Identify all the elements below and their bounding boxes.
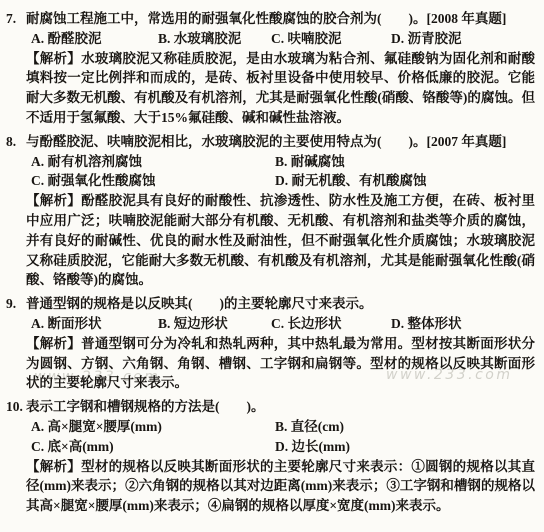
analysis-paragraph: 【解析】水玻璃胶泥又称硅质胶泥，是由水玻璃为粘合剂、氟硅酸钠为固化剂和耐酸填料按… [26, 49, 535, 128]
analysis-paragraph: 【解析】酚醛胶泥具有良好的耐酸性、抗渗透性、防水性及施工方便，在砖、板衬里中应用… [26, 191, 535, 290]
option-d: D. 耐无机酸、有机酸腐蚀 [275, 171, 535, 191]
options-row: A. 酚醛胶泥 B. 水玻璃胶泥 C. 呋喃胶泥 D. 沥青胶泥 [26, 29, 535, 49]
analysis-label: 【解析】 [26, 193, 81, 208]
analysis-text: 普通型钢可分为冷轧和热轧两种，其中热轧最为常用。型材按其断面形状分为圆钢、方钢、… [26, 336, 535, 391]
question-10: 10. 表示工字钢和槽钢规格的方法是( )。 A. 高×腿宽×腰厚(mm) B.… [6, 397, 535, 516]
option-d: D. 边长(mm) [275, 437, 535, 457]
question-number: 9. [6, 294, 16, 314]
option-a: A. 耐有机溶剂腐蚀 [31, 152, 275, 172]
question-number: 8. [6, 132, 16, 152]
option-d: D. 整体形状 [391, 314, 535, 334]
analysis-text: 水玻璃胶泥又称硅质胶泥，是由水玻璃为粘合剂、氟硅酸钠为固化剂和耐酸填料按一定比例… [26, 51, 535, 125]
question-8: 8. 与酚醛胶泥、呋喃胶泥相比，水玻璃胶泥的主要使用特点为( )。[2007 年… [6, 132, 535, 290]
option-a: A. 酚醛胶泥 [31, 29, 158, 49]
question-number: 10. [6, 397, 23, 417]
options-row: A. 断面形状 B. 短边形状 C. 长边形状 D. 整体形状 [26, 314, 535, 334]
options-grid: A. 耐有机溶剂腐蚀 B. 耐碱腐蚀 C. 耐强氧化性酸腐蚀 D. 耐无机酸、有… [26, 152, 535, 192]
option-d: D. 沥青胶泥 [391, 29, 535, 49]
analysis-label: 【解析】 [26, 459, 81, 474]
question-7: 7. 耐腐蚀工程施工中，常选用的耐强氧化性酸腐蚀的胶合剂为( )。[2008 年… [6, 9, 535, 128]
analysis-paragraph: 【解析】型材的规格以反映其断面形状的主要轮廓尺寸来表示：①圆钢的规格以其直径(m… [26, 457, 535, 516]
option-c: C. 长边形状 [271, 314, 391, 334]
options-grid: A. 高×腿宽×腰厚(mm) B. 直径(cm) C. 底×高(mm) D. 边… [26, 417, 535, 457]
analysis-text: 型材的规格以反映其断面形状的主要轮廓尺寸来表示：①圆钢的规格以其直径(mm)来表… [26, 459, 535, 514]
question-stem: 普通型钢的规格是以反映其( )的主要轮廓尺寸来表示。 [26, 294, 535, 314]
option-c: C. 耐强氧化性酸腐蚀 [31, 171, 275, 191]
option-b: B. 耐碱腐蚀 [275, 152, 535, 172]
option-c: C. 底×高(mm) [31, 437, 275, 457]
option-c: C. 呋喃胶泥 [271, 29, 391, 49]
analysis-label: 【解析】 [26, 51, 81, 66]
question-9: 9. 普通型钢的规格是以反映其( )的主要轮廓尺寸来表示。 A. 断面形状 B.… [6, 294, 535, 393]
question-stem: 表示工字钢和槽钢规格的方法是( )。 [26, 397, 535, 417]
analysis-paragraph: 【解析】普通型钢可分为冷轧和热轧两种，其中热轧最为常用。型材按其断面形状分为圆钢… [26, 334, 535, 393]
question-number: 7. [6, 9, 16, 29]
option-b: B. 水玻璃胶泥 [158, 29, 271, 49]
option-a: A. 高×腿宽×腰厚(mm) [31, 417, 275, 437]
question-stem: 耐腐蚀工程施工中，常选用的耐强氧化性酸腐蚀的胶合剂为( )。[2008 年真题] [26, 9, 535, 29]
option-b: B. 直径(cm) [275, 417, 535, 437]
analysis-label: 【解析】 [26, 336, 81, 351]
option-b: B. 短边形状 [158, 314, 271, 334]
question-stem: 与酚醛胶泥、呋喃胶泥相比，水玻璃胶泥的主要使用特点为( )。[2007 年真题] [26, 132, 535, 152]
exam-page: 7. 耐腐蚀工程施工中，常选用的耐强氧化性酸腐蚀的胶合剂为( )。[2008 年… [0, 0, 544, 520]
option-a: A. 断面形状 [31, 314, 158, 334]
analysis-text: 酚醛胶泥具有良好的耐酸性、抗渗透性、防水性及施工方便，在砖、板衬里中应用广泛；呋… [26, 193, 535, 287]
